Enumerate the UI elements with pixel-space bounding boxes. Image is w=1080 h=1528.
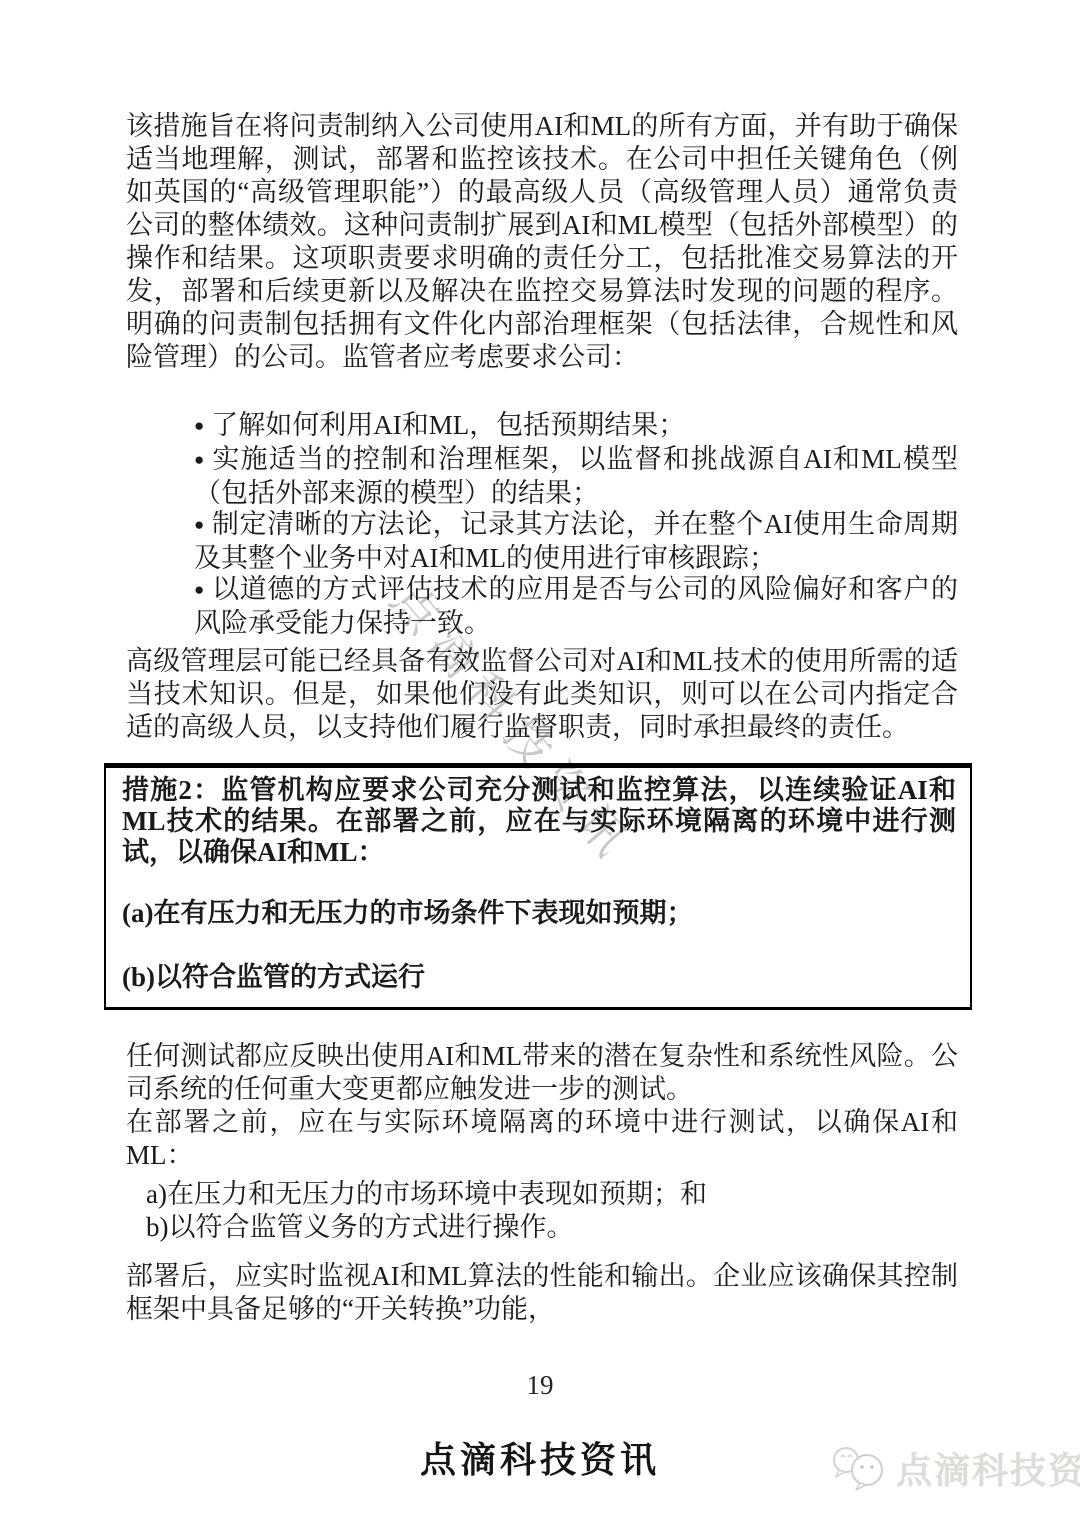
paragraph-testing-text: 任何测试都应反映出使用AI和ML带来的潜在复杂性和系统性风险。公司系统的任何重大… <box>126 1040 958 1106</box>
sub-list-item: b)以符合监管义务的方式进行操作。 <box>146 1211 958 1244</box>
bullet-item: 了解如何利用AI和ML，包括预期结果； <box>194 410 958 444</box>
paragraph-senior-management: 高级管理层可能已经具备有效监督公司对AI和ML技术的使用所需的适当技术知识。但是… <box>126 645 958 744</box>
measure-2-heading: 措施2：监管机构应要求公司充分测试和监控算法，以连续验证AI和ML技术的结果。在… <box>122 775 956 868</box>
wechat-logo-icon <box>830 1444 888 1494</box>
page-number: 19 <box>0 1370 1080 1401</box>
document-page: { "doc": { "p1": "该措施旨在将问责制纳入公司使用AI和ML的所… <box>0 0 1080 1528</box>
bullet-item: 制定清晰的方法论，记录其方法论，并在整个AI使用生命周期及其整个业务中对AI和M… <box>194 509 958 574</box>
corner-watermark: 点滴科技资讯 <box>830 1443 1080 1494</box>
sub-list: a)在压力和无压力的市场环境中表现如预期；和 b)以符合监管义务的方式进行操作。 <box>146 1178 958 1244</box>
paragraph-post-deployment: 部署后，应实时监视AI和ML算法的性能和输出。企业应该确保其控制框架中具备足够的… <box>126 1260 958 1326</box>
bullet-item: 实施适当的控制和治理框架，以监督和挑战源自AI和ML模型（包括外部来源的模型）的… <box>194 444 958 509</box>
corner-watermark-text: 点滴科技资讯 <box>896 1443 1080 1494</box>
sub-list-item: a)在压力和无压力的市场环境中表现如预期；和 <box>146 1178 958 1211</box>
measure-2-item-b: (b)以符合监管的方式运行 <box>122 962 956 993</box>
paragraph-accountability: 该措施旨在将问责制纳入公司使用AI和ML的所有方面，并有助于确保适当地理解，测试… <box>126 110 958 374</box>
measure-2-box: 措施2：监管机构应要求公司充分测试和监控算法，以连续验证AI和ML技术的结果。在… <box>104 763 972 1010</box>
paragraph-testing: 任何测试都应反映出使用AI和ML带来的潜在复杂性和系统性风险。公司系统的任何重大… <box>126 1040 958 1172</box>
bullet-item: 以道德的方式评估技术的应用是否与公司的风险偏好和客户的风险承受能力保持一致。 <box>194 574 958 639</box>
measure-2-item-a: (a)在有压力和无压力的市场条件下表现如预期； <box>122 898 956 929</box>
paragraph-deployment-text: 在部署之前，应在与实际环境隔离的环境中进行测试，以确保AI和ML： <box>126 1106 958 1172</box>
bullet-list: 了解如何利用AI和ML，包括预期结果； 实施适当的控制和治理框架，以监督和挑战源… <box>126 410 958 639</box>
